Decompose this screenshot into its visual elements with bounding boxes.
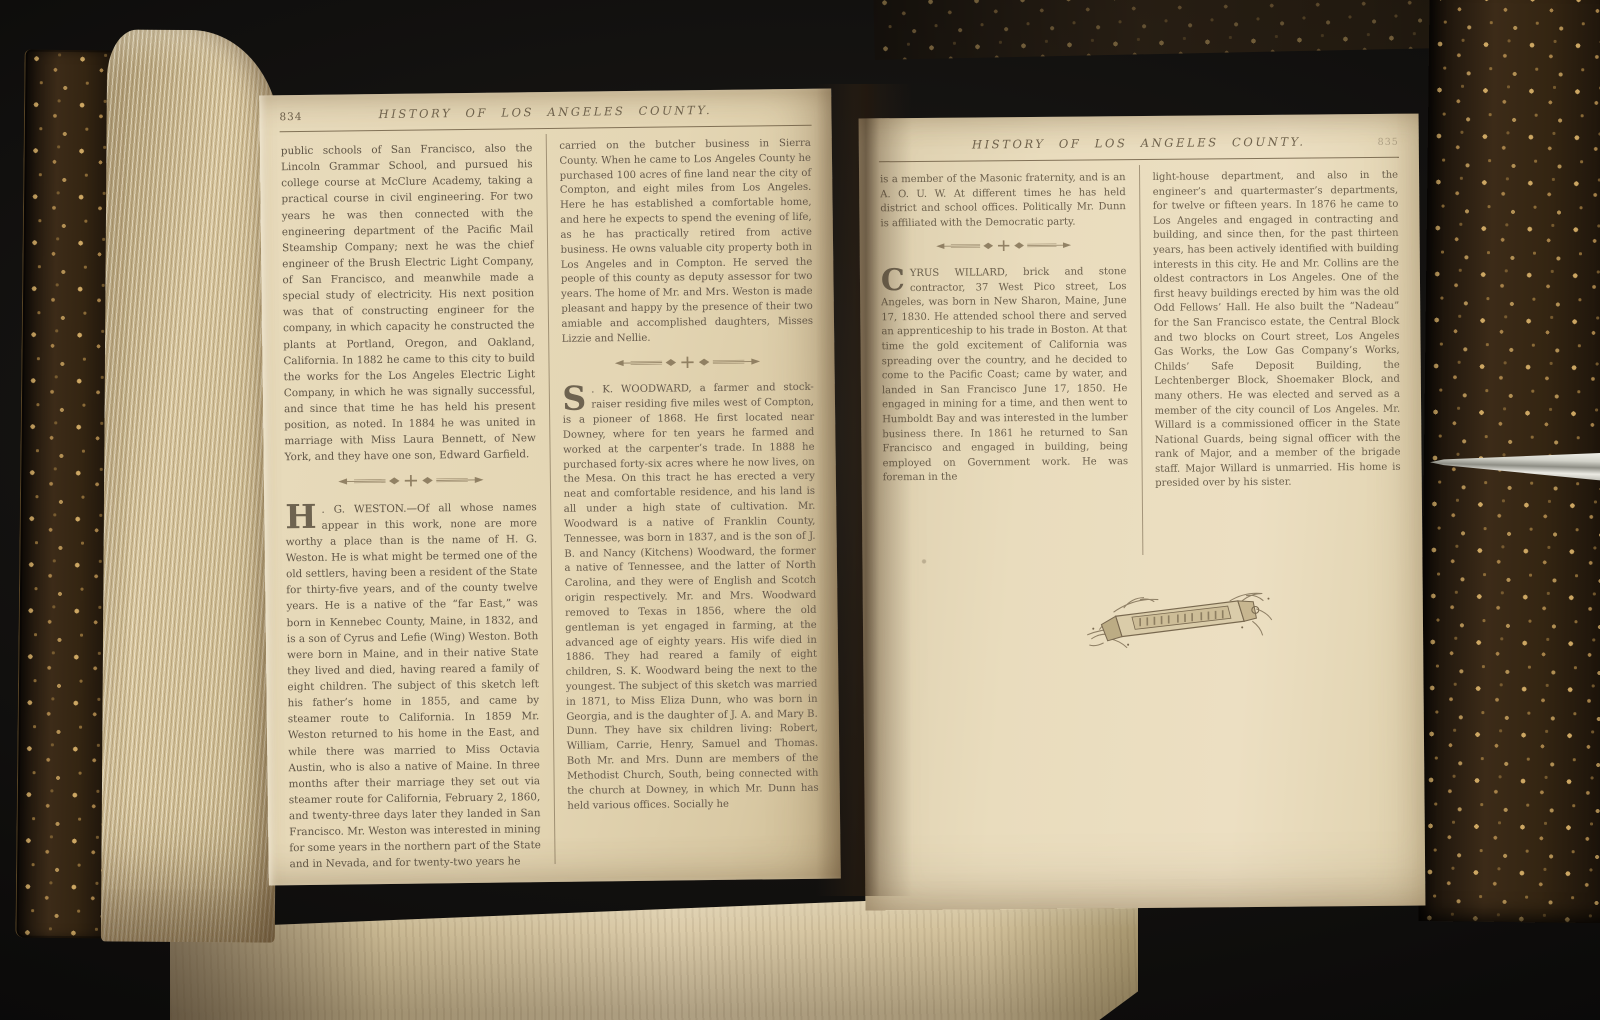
section-divider [285, 472, 537, 494]
open-antique-book-photo: 834 HISTORY OF LOS ANGELES COUNTY. publi… [0, 0, 1600, 1020]
running-header: HISTORY OF LOS ANGELES COUNTY. [879, 134, 1399, 153]
willard-continuation-paragraph: light-house department, and also in the … [1153, 169, 1401, 492]
right-page: HISTORY OF LOS ANGELES COUNTY. 835 is a … [859, 114, 1426, 911]
weston-continuation-paragraph: carried on the butcher business in Sierr… [559, 137, 813, 348]
divider-ornament-icon [933, 239, 1073, 253]
willard-biography-article: CYRUS WILLARD, brick and stone contracto… [881, 265, 1128, 486]
running-header: HISTORY OF LOS ANGELES COUNTY. [279, 102, 811, 122]
scroll-banner-engraving-icon [1078, 567, 1283, 663]
biography-continuation-paragraph: public schools of San Francisco, also th… [281, 140, 536, 466]
willard-article-text: YRUS WILLARD, brick and stone contractor… [881, 266, 1128, 483]
left-page-number: 834 [279, 111, 302, 123]
left-page-header: 834 HISTORY OF LOS ANGELES COUNTY. [279, 102, 811, 128]
woodward-article-text: . K. WOODWARD, a farmer and stock-raiser… [563, 382, 819, 811]
woodward-drop-cap: S [562, 384, 591, 412]
right-page-number: 835 [1378, 137, 1399, 148]
left-page-column-2: carried on the butcher business in Sierr… [545, 131, 832, 864]
right-page-column-2: light-house department, and also in the … [1138, 163, 1414, 555]
woodward-biography-article: S. K. WOODWARD, a farmer and stock-raise… [562, 381, 819, 814]
weston-article-text: . G. WESTON.—Of all whose names appear i… [286, 501, 541, 871]
left-page-column-1: public schools of San Francisco, also th… [268, 134, 554, 867]
right-page-columns: is a member of the Masonic fraternity, a… [867, 163, 1414, 558]
weston-biography-article: H. G. WESTON.—Of all whose names appear … [285, 499, 541, 873]
dunn-continuation-paragraph: is a member of the Masonic fraternity, a… [880, 171, 1126, 232]
right-page-header: HISTORY OF LOS ANGELES COUNTY. 835 [879, 134, 1399, 159]
weston-drop-cap: H [285, 501, 322, 529]
left-page-columns: public schools of San Francisco, also th… [268, 131, 833, 868]
divider-ornament-icon [336, 472, 486, 488]
left-page: 834 HISTORY OF LOS ANGELES COUNTY. publi… [259, 89, 841, 886]
book-bottom-page-edges [170, 890, 1138, 1020]
left-stacked-page-edges [101, 29, 281, 942]
section-divider [562, 353, 814, 376]
divider-ornament-icon [613, 354, 763, 370]
section-divider [881, 239, 1127, 260]
book-gutter-shadow [816, 84, 912, 896]
